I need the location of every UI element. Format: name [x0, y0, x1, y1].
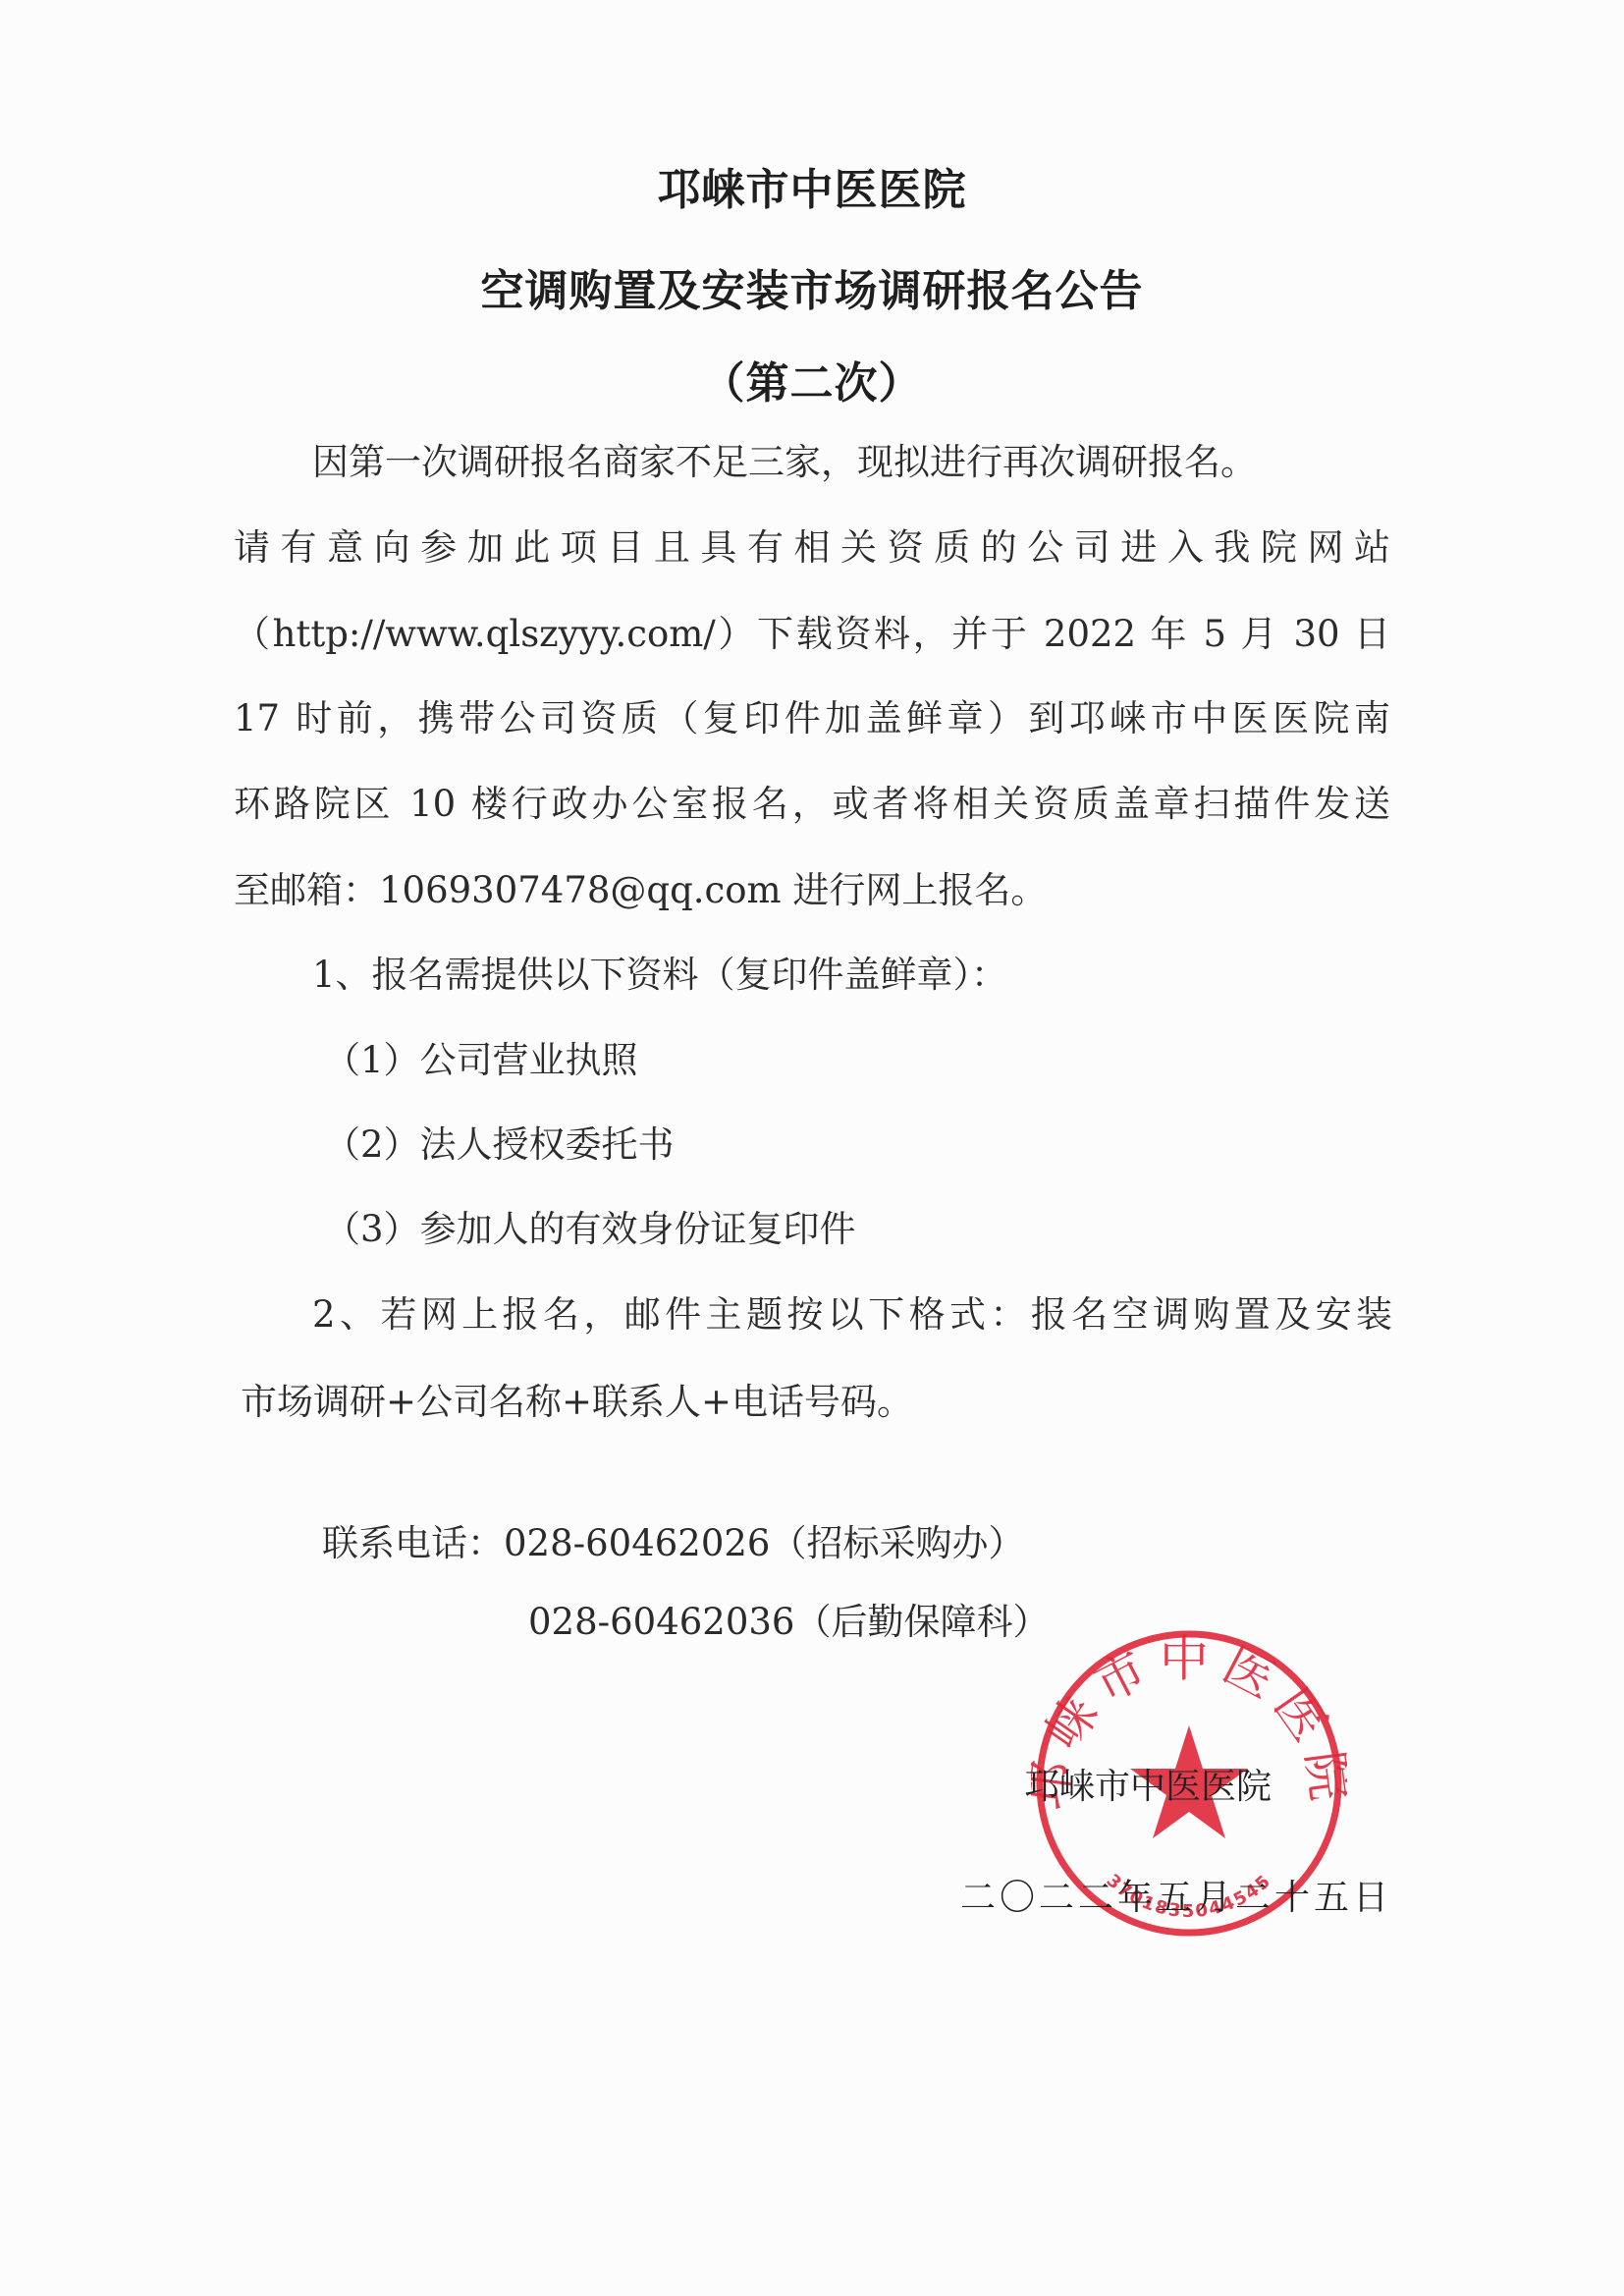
notice-subtitle: （第二次）: [0, 355, 1624, 413]
body-line-4: 17 时前，携带公司资质（复印件加盖鲜章）到邛崃市中医医院南: [234, 694, 1390, 743]
requirements-heading: 1、报名需提供以下资料（复印件盖鲜章）：: [312, 951, 1007, 1000]
requirement-item-1: （1）公司营业执照: [324, 1036, 638, 1085]
body-line-6: 至邮箱：1069307478@qq.com 进行网上报名。: [234, 866, 1047, 915]
phone-number-2: 028-60462036: [528, 1601, 794, 1643]
phone-dept-1: （招标采购办）: [770, 1522, 1024, 1564]
email-format-line-2: 市场调研+公司名称+联系人+电话号码。: [241, 1378, 913, 1427]
phone-dept-2: （后勤保障科）: [794, 1601, 1049, 1643]
body-line-2: 请有意向参加此项目且具有相关资质的公司进入我院网站: [234, 523, 1390, 573]
signature-date: 二〇二二年五月二十五日: [960, 1874, 1392, 1923]
body-line-1: 因第一次调研报名商家不足三家，现拟进行再次调研报名。: [312, 438, 1257, 487]
requirement-item-2: （2）法人授权委托书: [324, 1121, 675, 1170]
body-line-5: 环路院区 10 楼行政办公室报名，或者将相关资质盖章扫描件发送: [234, 780, 1390, 829]
signature-org: 邛崃市中医医院: [1024, 1763, 1272, 1812]
email-format-line-1: 2、若网上报名，邮件主题按以下格式：报名空调购置及安装: [312, 1290, 1392, 1339]
document-page: 邛崃市中医医院 空调购置及安装市场调研报名公告 （第二次） 因第一次调研报名商家…: [0, 0, 1624, 2296]
contact-row-1: 联系电话：028-60462026（招标采购办）: [322, 1519, 1024, 1568]
contact-label: 联系电话：: [322, 1522, 504, 1564]
requirement-item-3: （3）参加人的有效身份证复印件: [324, 1205, 856, 1254]
org-heading: 邛崃市中医医院: [0, 161, 1624, 220]
notice-title: 空调购置及安装市场调研报名公告: [0, 262, 1624, 321]
phone-number-1: 028-60462026: [504, 1522, 770, 1564]
body-line-3: （http://www.qlszyyy.com/）下载资料，并于 2022 年 …: [234, 610, 1390, 659]
contact-row-2: 028-60462036（后勤保障科）: [528, 1598, 1049, 1647]
